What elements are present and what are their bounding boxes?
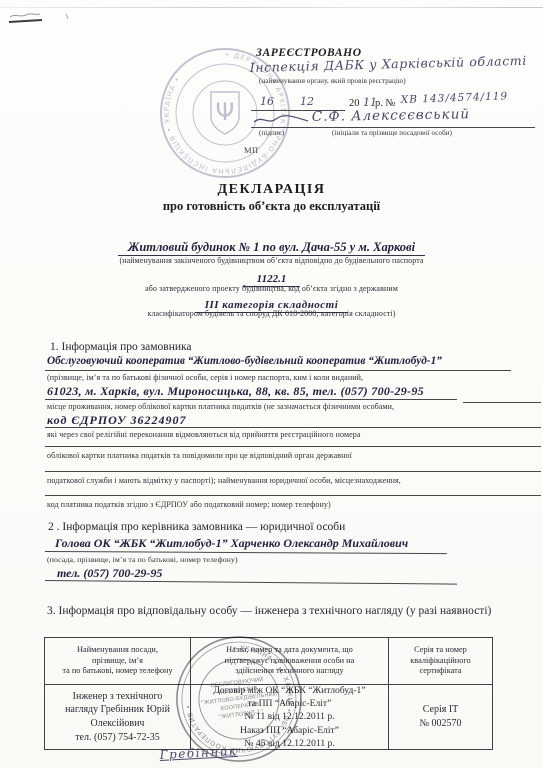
object-category-caption: класифікатором будівель та споруд ДК 018…	[0, 309, 543, 318]
section2-heading: 2 . Інформація про керівника замовника —…	[48, 521, 345, 533]
section2-entry1: Голова ОК “ЖБК “Житлобуд-1” Харченко Оле…	[55, 536, 408, 551]
document-page: • ДЕРЖАВНА АРХІТЕКТУРНО-БУДІВЕЛЬНА ІНСПЕ…	[0, 0, 543, 768]
registration-month-handwriting: 12	[300, 95, 314, 108]
pencil-mark	[6, 8, 76, 28]
section1-entry2: 61023, м. Харків, вул. Мироносицька, 88,…	[47, 384, 424, 399]
section1-caption3: які через свої релігійні переконання від…	[47, 430, 361, 439]
section2-entry2: тел. (057) 700-29-95	[57, 566, 162, 581]
registration-org-caption: (найменування органу, який провів реєстр…	[259, 77, 406, 85]
table-cell-position: Інженер з технічного нагляду Гребінник Ю…	[45, 685, 191, 749]
registration-official-name-handwriting: С.Ф. Алексєєвський	[312, 106, 470, 125]
registration-day-handwriting: 16	[260, 95, 274, 108]
fill-line	[45, 580, 457, 585]
object-name-caption: (найменування закінченого будівництвом о…	[0, 256, 543, 265]
table-header-certificate: Серія та номер кваліфікаційного сертифік…	[389, 638, 492, 685]
section1-caption5: податкової служби і мають відмітку у пас…	[47, 476, 401, 485]
fill-line	[463, 402, 541, 403]
fill-line	[45, 427, 541, 428]
fill-line	[45, 495, 541, 496]
signature-squiggle	[252, 113, 310, 127]
section1-heading: 1. Інформація про замовника	[50, 341, 192, 353]
document-title: ДЕКЛАРАЦІЯ	[0, 182, 543, 198]
section1-caption1: (прізвище, ім’я та по батькові фізичної …	[47, 373, 363, 382]
official-name-caption: (ініціали та прізвище посадової особи)	[332, 129, 452, 137]
section1-entry1: Обслуговуючий кооператив “Житлово-будіве…	[47, 355, 442, 367]
fill-line	[45, 471, 541, 472]
mp-label: МП	[244, 145, 259, 155]
section1-caption4: облікової картки платника податків та по…	[47, 451, 352, 460]
trident-glyph: Ψ	[216, 98, 235, 126]
table-cell-certificate: Серія ІТ № 002570	[389, 685, 492, 749]
signature-caption: (підпис)	[259, 129, 284, 137]
section1-caption6: код платника податків згідно з ЄДРПОУ аб…	[47, 500, 331, 509]
scan-line-artifact	[0, 7, 543, 8]
fill-line	[45, 370, 511, 371]
document-subtitle: про готовність об’єкта до експлуатації	[0, 199, 543, 214]
section2-caption1: (посада, прізвище, ім’я та по батькові, …	[47, 555, 238, 564]
object-code-caption: або затвердженого проекту будівництва, к…	[0, 284, 543, 293]
registration-number-handwriting: ХВ 143/4574/119	[401, 90, 509, 106]
section1-entry3: код ЄДРПОУ 36224907	[47, 413, 187, 428]
section1-caption2: місце проживання, номер облікової картки…	[47, 402, 394, 411]
fill-line	[45, 551, 447, 554]
object-name-entry: Житловий будинок № 1 по вул. Дача-55 у м…	[0, 238, 543, 256]
fill-line	[45, 399, 457, 400]
section3-heading: 3. Інформація про відповідальну особу — …	[47, 604, 519, 618]
fill-line	[45, 446, 541, 447]
